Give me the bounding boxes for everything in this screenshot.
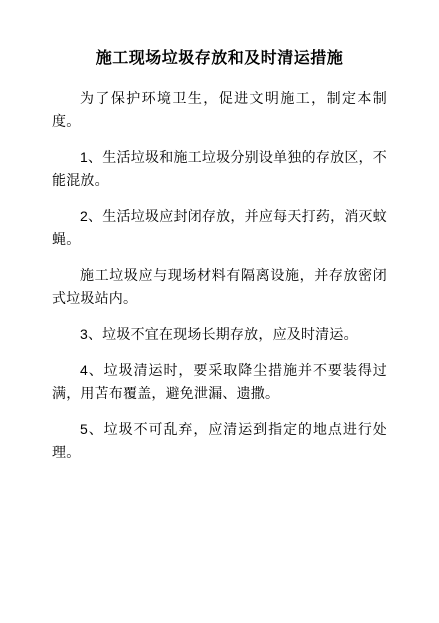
paragraph-item-1: 1、生活垃圾和施工垃圾分别设单独的存放区，不能混放。 [52,146,387,192]
document-page: 施工现场垃圾存放和及时清运措施 为了保护环境卫生，促进文明施工，制定本制度。 1… [0,0,439,623]
paragraph-construction-waste: 施工垃圾应与现场材料有隔离设施，并存放密闭式垃圾站内。 [52,264,387,310]
paragraph-item-3: 3、垃圾不宜在现场长期存放，应及时清运。 [52,323,387,346]
paragraph-intro: 为了保护环境卫生，促进文明施工，制定本制度。 [52,87,387,133]
document-title: 施工现场垃圾存放和及时清运措施 [52,48,387,70]
paragraph-item-2: 2、生活垃圾应封闭存放，并应每天打药，消灭蚊蝇。 [52,205,387,251]
paragraph-item-4: 4、垃圾清运时，要采取降尘措施并不要装得过满，用苫布覆盖，避免泄漏、遗撒。 [52,359,387,405]
paragraph-item-5: 5、垃圾不可乱弃，应清运到指定的地点进行处理。 [52,418,387,464]
